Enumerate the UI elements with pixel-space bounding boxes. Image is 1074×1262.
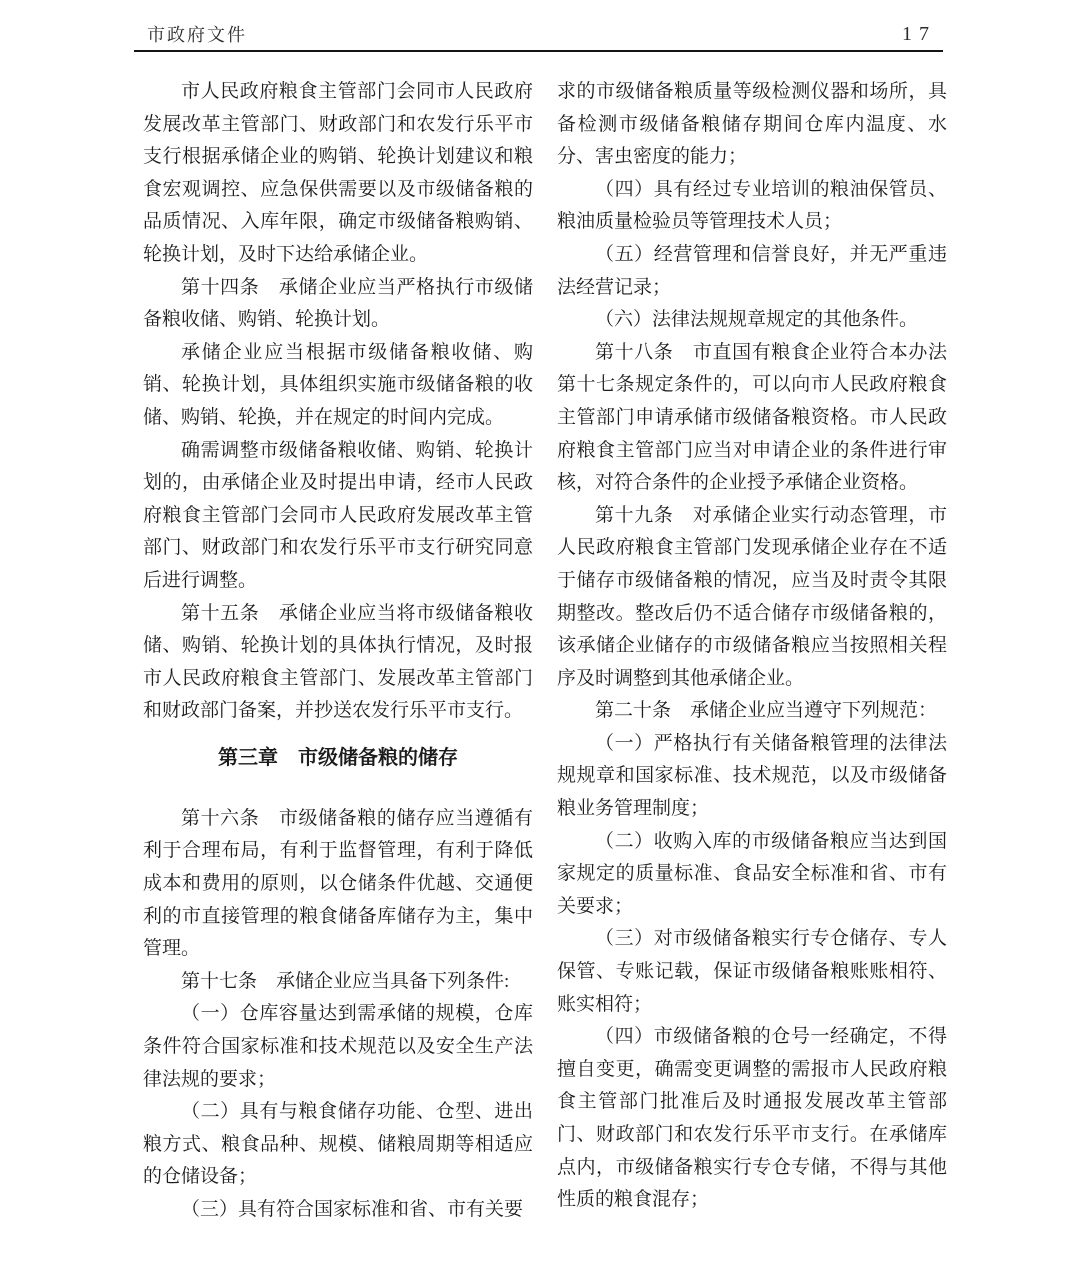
paragraph: 第十八条 市直国有粮食企业符合本办法第十七条规定条件的，可以向市人民政府粮食主管… xyxy=(557,337,947,500)
paragraph: （六）法律法规规章规定的其他条件。 xyxy=(557,304,947,337)
header-doc-label: 市政府文件 xyxy=(147,21,247,47)
paragraph: 第十七条 承储企业应当具备下列条件: xyxy=(143,966,533,999)
document-page: 市政府文件 17 市人民政府粮食主管部门会同市人民政府发展改革主管部门、财政部门… xyxy=(0,0,1074,1262)
paragraph: （四）市级储备粮的仓号一经确定，不得擅自变更，确需变更调整的需报市人民政府粮食主… xyxy=(557,1021,947,1217)
left-column: 市人民政府粮食主管部门会同市人民政府发展改革主管部门、财政部门和农发行乐平市支行… xyxy=(143,76,533,1227)
header-rule xyxy=(134,50,943,52)
paragraph: （五）经营管理和信誉良好，并无严重违法经营记录； xyxy=(557,239,947,304)
paragraph: （三）对市级储备粮实行专仓储存、专人保管、专账记载，保证市级储备粮账账相符、账实… xyxy=(557,923,947,1021)
document-body: 市人民政府粮食主管部门会同市人民政府发展改革主管部门、财政部门和农发行乐平市支行… xyxy=(143,76,947,1227)
right-column: 求的市级储备粮质量等级检测仪器和场所，具备检测市级储备粮储存期间仓库内温度、水分… xyxy=(557,76,947,1227)
paragraph: （四）具有经过专业培训的粮油保管员、粮油质量检验员等管理技术人员； xyxy=(557,174,947,239)
paragraph: 第十四条 承储企业应当严格执行市级储备粮收储、购销、轮换计划。 xyxy=(143,272,533,337)
paragraph: 承储企业应当根据市级储备粮收储、购销、轮换计划，具体组织实施市级储备粮的收储、购… xyxy=(143,337,533,435)
paragraph: （一）仓库容量达到需承储的规模，仓库条件符合国家标准和技术规范以及安全生产法律法… xyxy=(143,998,533,1096)
paragraph: 第十五条 承储企业应当将市级储备粮收储、购销、轮换计划的具体执行情况，及时报市人… xyxy=(143,598,533,728)
paragraph: 确需调整市级储备粮收储、购销、轮换计划的，由承储企业及时提出申请，经市人民政府粮… xyxy=(143,435,533,598)
paragraph: 第十六条 市级储备粮的储存应当遵循有利于合理布局，有利于监督管理，有利于降低成本… xyxy=(143,803,533,966)
page-number: 17 xyxy=(902,23,936,46)
paragraph: 市人民政府粮食主管部门会同市人民政府发展改革主管部门、财政部门和农发行乐平市支行… xyxy=(143,76,533,272)
paragraph: （二）收购入库的市级储备粮应当达到国家规定的质量标准、食品安全标准和省、市有关要… xyxy=(557,826,947,924)
paragraph: 第二十条 承储企业应当遵守下列规范： xyxy=(557,695,947,728)
paragraph: （三）具有符合国家标准和省、市有关要 xyxy=(143,1194,533,1227)
paragraph: 求的市级储备粮质量等级检测仪器和场所，具备检测市级储备粮储存期间仓库内温度、水分… xyxy=(557,76,947,174)
paragraph: （二）具有与粮食储存功能、仓型、进出粮方式、粮食品种、规模、储粮周期等相适应的仓… xyxy=(143,1096,533,1194)
paragraph: （一）严格执行有关储备粮管理的法律法规规章和国家标准、技术规范，以及市级储备粮业… xyxy=(557,728,947,826)
paragraph: 第十九条 对承储企业实行动态管理，市人民政府粮食主管部门发现承储企业存在不适于储… xyxy=(557,500,947,696)
chapter-heading: 第三章 市级储备粮的储存 xyxy=(143,741,533,775)
